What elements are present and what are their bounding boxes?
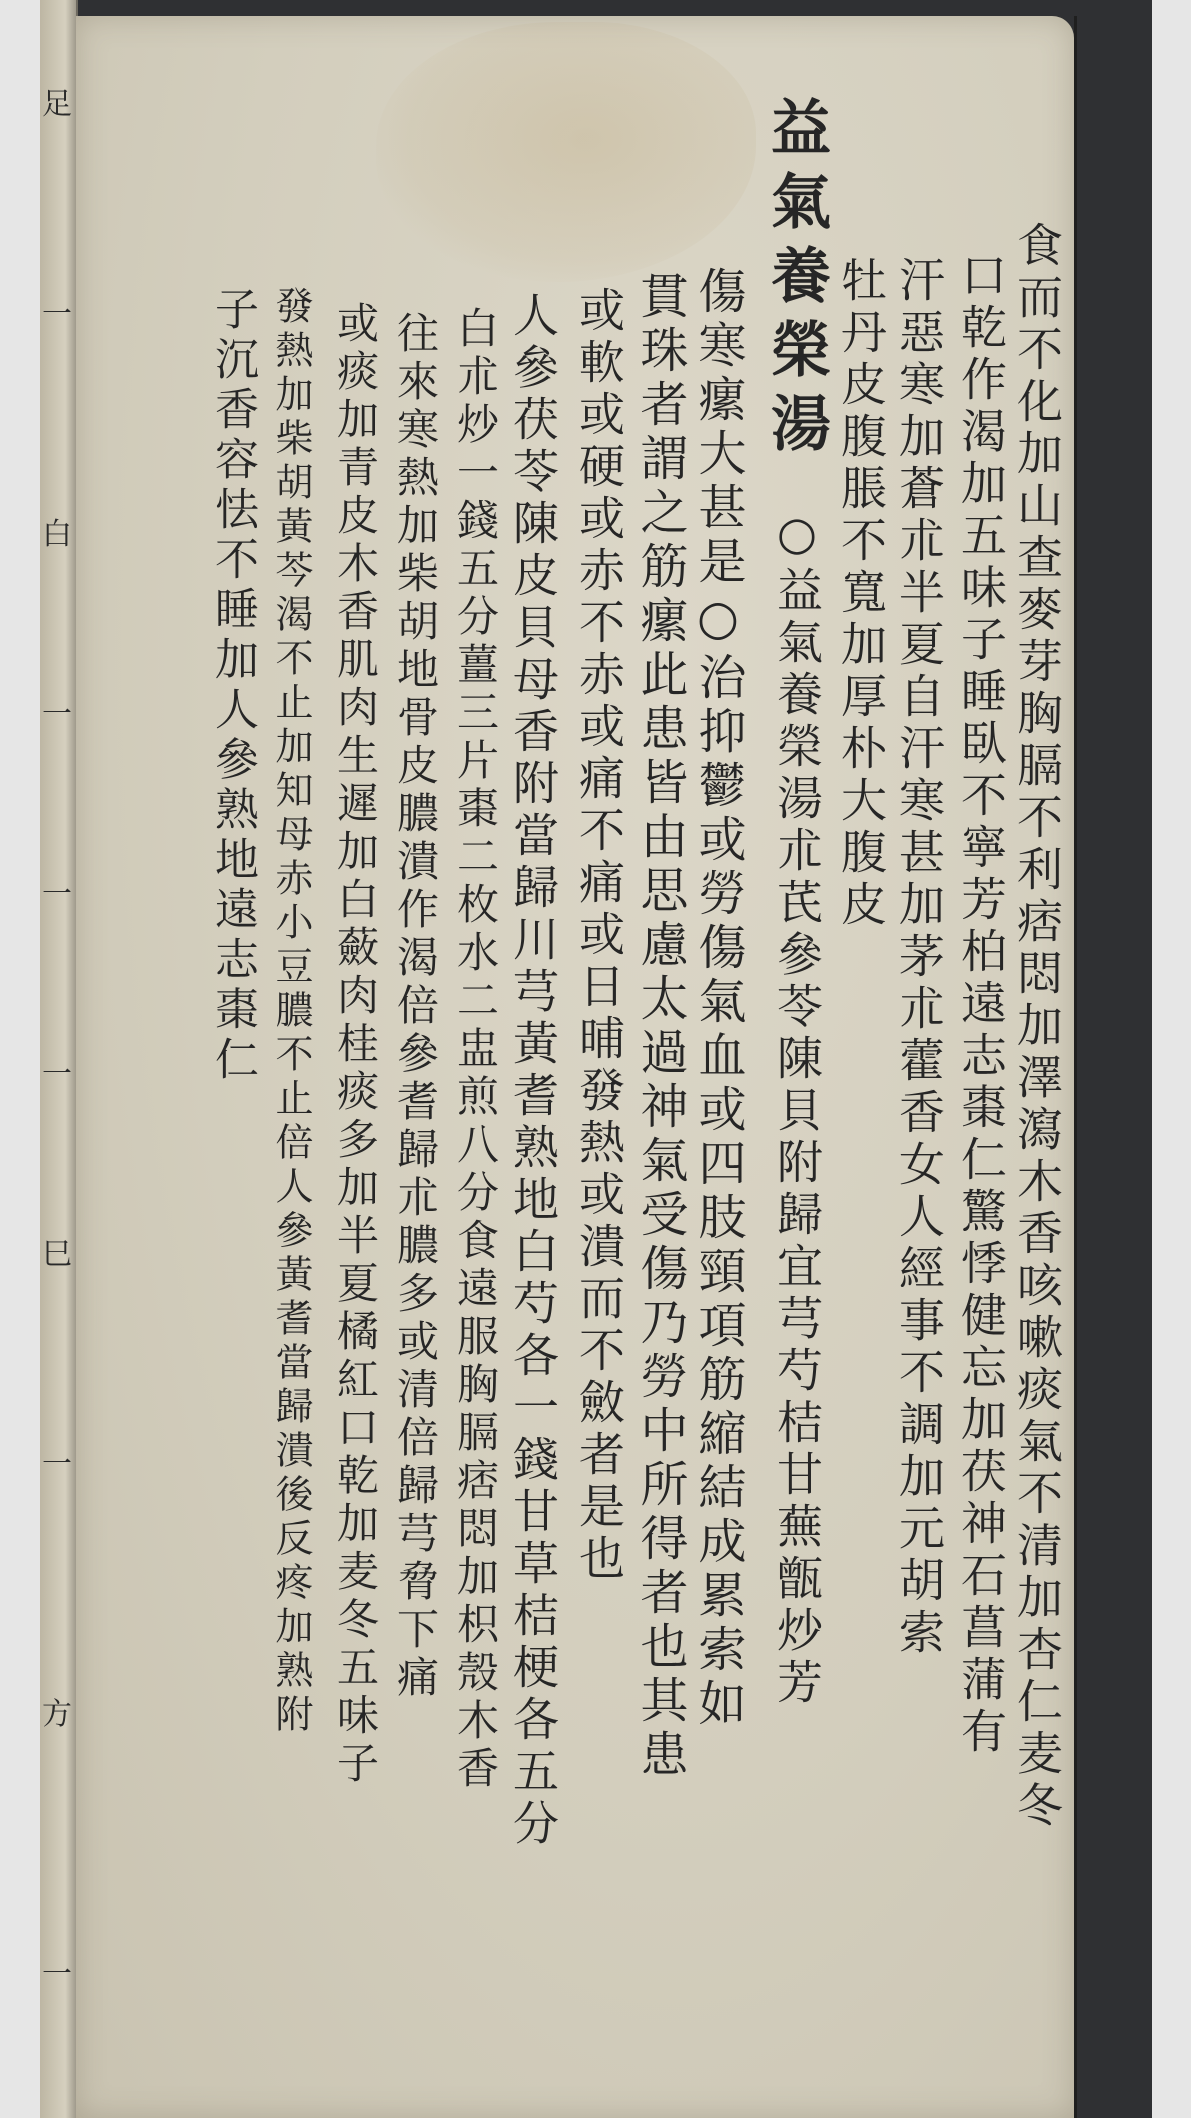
fragment-glyph: 白 (42, 520, 72, 550)
left-page-fragment: 足 一 白 一 一 一 巳 一 方 一 (40, 0, 78, 2118)
text-column-12: 或痰加青皮木香肌肉生遲加白蘞肉桂痰多加半夏橘紅口乾加麦冬五味子 (334, 301, 376, 1789)
text-column-1: 食而不化加山查麥芽胸膈不利痞悶加澤瀉木香咳嗽痰氣不清加杏仁麦冬 (1014, 221, 1060, 1833)
fragment-glyph: 巳 (42, 1240, 72, 1270)
fragment-glyph: 一 (42, 880, 72, 910)
fragment-glyph: 一 (42, 700, 72, 730)
text-column-9: 人參茯苓陳皮貝母香附當歸川芎黃耆熟地白芍各一錢甘草桔梗各五分 (510, 291, 556, 1851)
text-column-13: 發熱加柴胡黃芩渴不止加知母赤小豆膿不止倍人參黃耆當歸潰後反疼加熟附 (272, 286, 310, 1738)
text-column-11: 往來寒熱加柴胡地骨皮膿潰作渴倍參耆歸朮膿多或清倍歸芎脅下痛 (394, 311, 436, 1703)
fragment-glyph: 一 (42, 1960, 72, 1990)
text-column-4: 牡丹皮腹脹不寬加厚朴大腹皮 (838, 256, 884, 932)
formula-title: 益氣養榮湯 (766, 96, 826, 466)
fragment-glyph: 一 (42, 1060, 72, 1090)
text-column-3: 汗惡寒加蒼朮半夏自汗寒甚加茅朮藿香女人經事不調加元胡索 (896, 256, 942, 1660)
text-column-6: 傷寒瘰大甚是○治抑鬱或勞傷氣血或四肢頸項筋縮結成累索如 (694, 266, 742, 1732)
text-column-14: 子沉香容怯不睡加人參熟地遠志棗仁 (210, 286, 254, 1086)
text-column-10: 白朮炒一錢五分薑三片棗二枚水二盅煎八分食遠服胸膈痞悶加枳殼木香 (454, 306, 496, 1794)
manuscript-page: 食而不化加山查麥芽胸膈不利痞悶加澤瀉木香咳嗽痰氣不清加杏仁麦冬 口乾作渴加五味子… (76, 16, 1074, 2118)
water-stain (376, 22, 756, 282)
fragment-glyph: 足 (42, 90, 72, 120)
fragment-glyph: 一 (42, 300, 72, 330)
text-column-7: 貫珠者謂之筋瘰此患皆由思慮太過神氣受傷乃勞中所得者也其患 (636, 271, 684, 1783)
page-edge (1074, 16, 1077, 2118)
text-column-8: 或軟或硬或赤不赤或痛不痛或日晡發熱或潰而不斂者是也 (576, 286, 622, 1586)
fragment-glyph: 方 (42, 1700, 72, 1730)
text-column-5-continuation: ○益氣養榮湯朮芪參苓陳貝附歸宜芎芍桔甘蕪甑炒芳 (774, 506, 820, 1710)
text-column-2: 口乾作渴加五味子睡臥不寧芳柏遠志棗仁驚悸健忘加茯神石菖蒲有 (958, 251, 1004, 1759)
fragment-glyph: 一 (42, 1450, 72, 1480)
